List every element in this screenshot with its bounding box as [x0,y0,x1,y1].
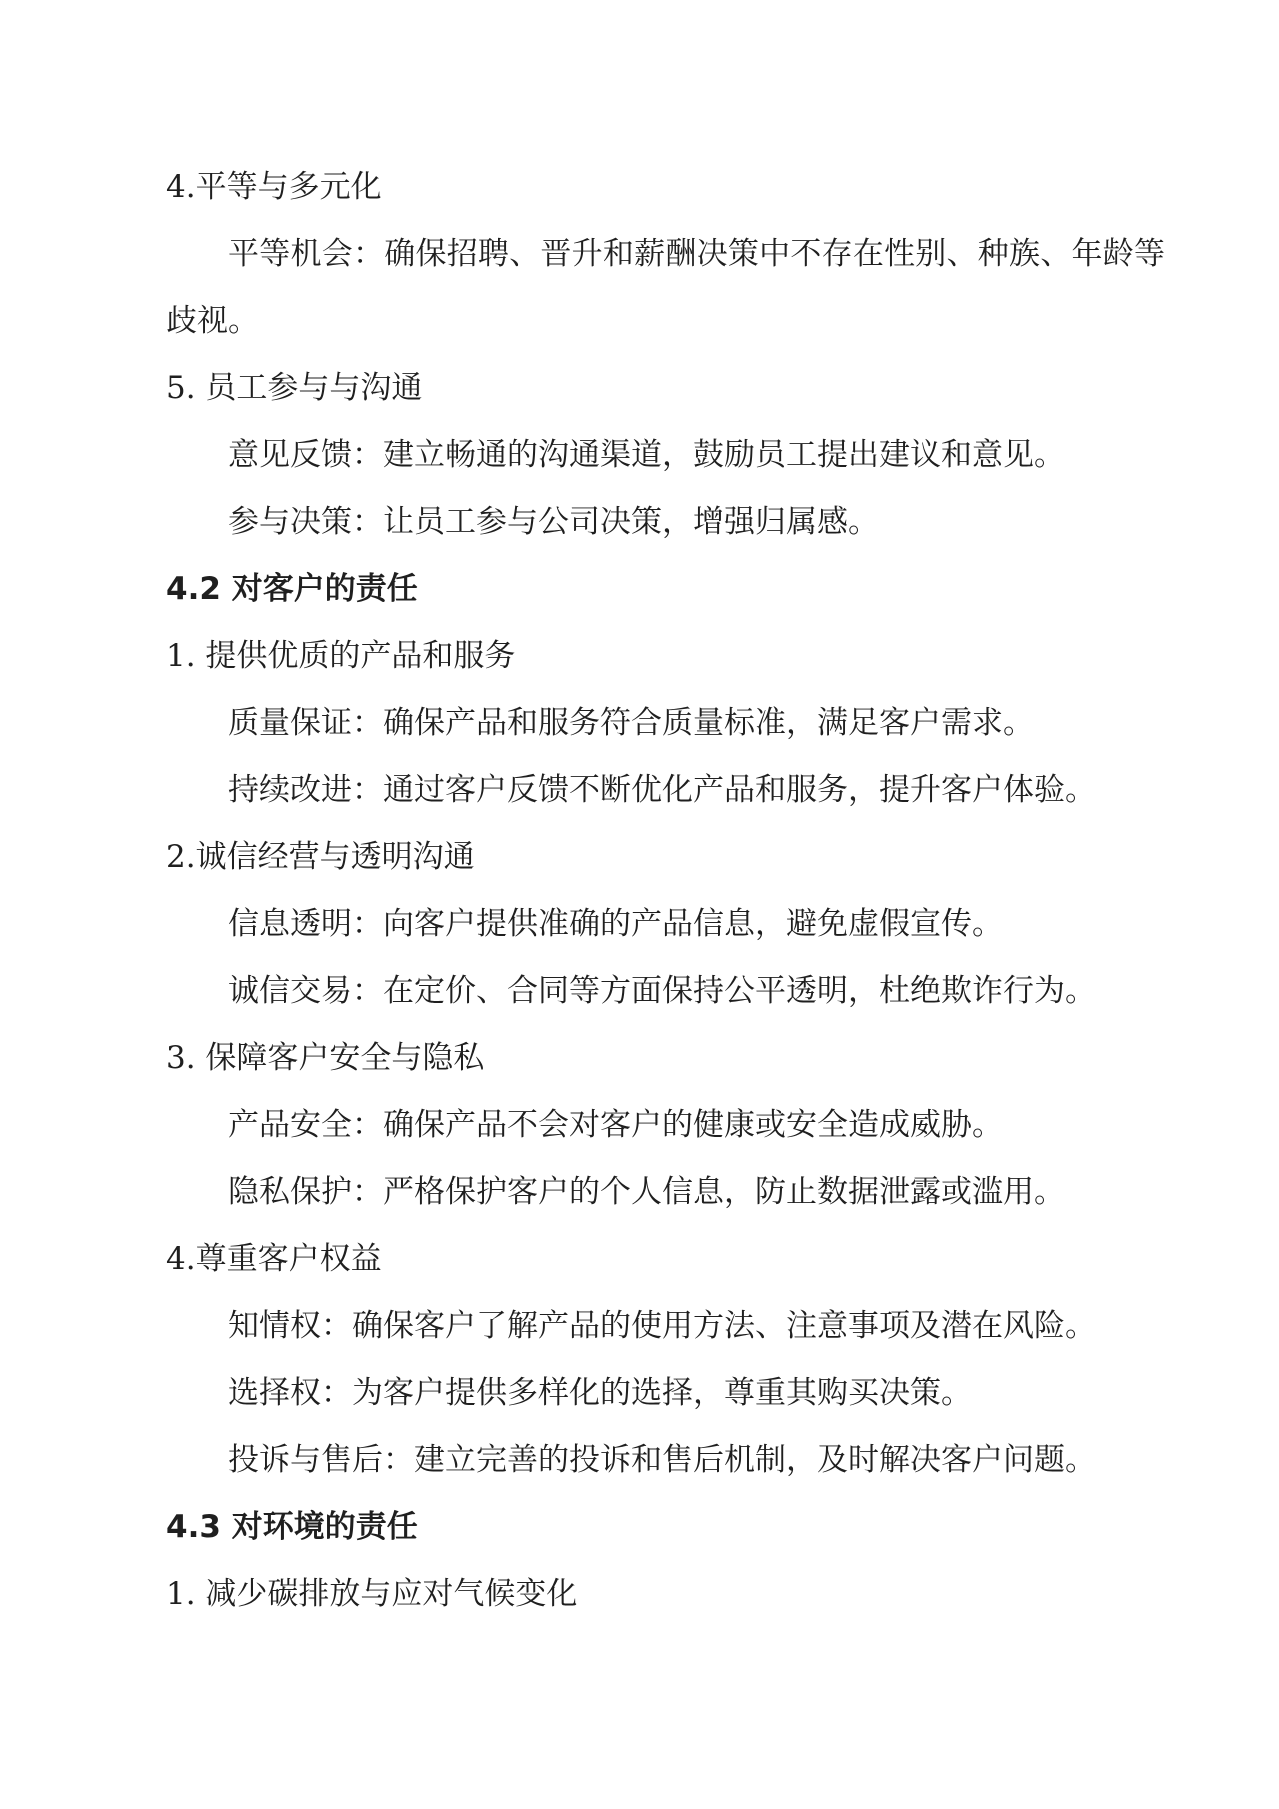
body-paragraph: 产品安全：确保产品不会对客户的健康或安全造成威胁。 [166,1092,1165,1159]
numbered-item: 1. 提供优质的产品和服务 [166,623,1165,690]
document-text-block: 4.平等与多元化平等机会：确保招聘、晋升和薪酬决策中不存在性别、种族、年龄等歧视… [166,154,1165,1628]
body-paragraph: 信息透明：向客户提供准确的产品信息，避免虚假宣传。 [166,891,1165,958]
body-paragraph: 质量保证：确保产品和服务符合质量标准，满足客户需求。 [166,690,1165,757]
numbered-item: 2.诚信经营与透明沟通 [166,824,1165,891]
body-paragraph: 选择权：为客户提供多样化的选择，尊重其购买决策。 [166,1360,1165,1427]
section-heading: 4.2 对客户的责任 [166,556,1165,623]
body-paragraph: 参与决策：让员工参与公司决策，增强归属感。 [166,489,1165,556]
body-paragraph: 意见反馈：建立畅通的沟通渠道，鼓励员工提出建议和意见。 [166,422,1165,489]
numbered-item: 1. 减少碳排放与应对气候变化 [166,1561,1165,1628]
body-paragraph: 持续改进：通过客户反馈不断优化产品和服务，提升客户体验。 [166,757,1165,824]
body-paragraph: 隐私保护：严格保护客户的个人信息，防止数据泄露或滥用。 [166,1159,1165,1226]
numbered-item: 4.尊重客户权益 [166,1226,1165,1293]
body-paragraph: 诚信交易：在定价、合同等方面保持公平透明，杜绝欺诈行为。 [166,958,1165,1025]
numbered-item: 3. 保障客户安全与隐私 [166,1025,1165,1092]
body-paragraph: 知情权：确保客户了解产品的使用方法、注意事项及潜在风险。 [166,1293,1165,1360]
body-paragraph: 投诉与售后：建立完善的投诉和售后机制，及时解决客户问题。 [166,1427,1165,1494]
numbered-item: 5. 员工参与与沟通 [166,355,1165,422]
numbered-item: 4.平等与多元化 [166,154,1165,221]
document-page: 4.平等与多元化平等机会：确保招聘、晋升和薪酬决策中不存在性别、种族、年龄等歧视… [0,0,1279,1809]
section-heading: 4.3 对环境的责任 [166,1494,1165,1561]
body-paragraph: 平等机会：确保招聘、晋升和薪酬决策中不存在性别、种族、年龄等歧视。 [166,221,1165,355]
